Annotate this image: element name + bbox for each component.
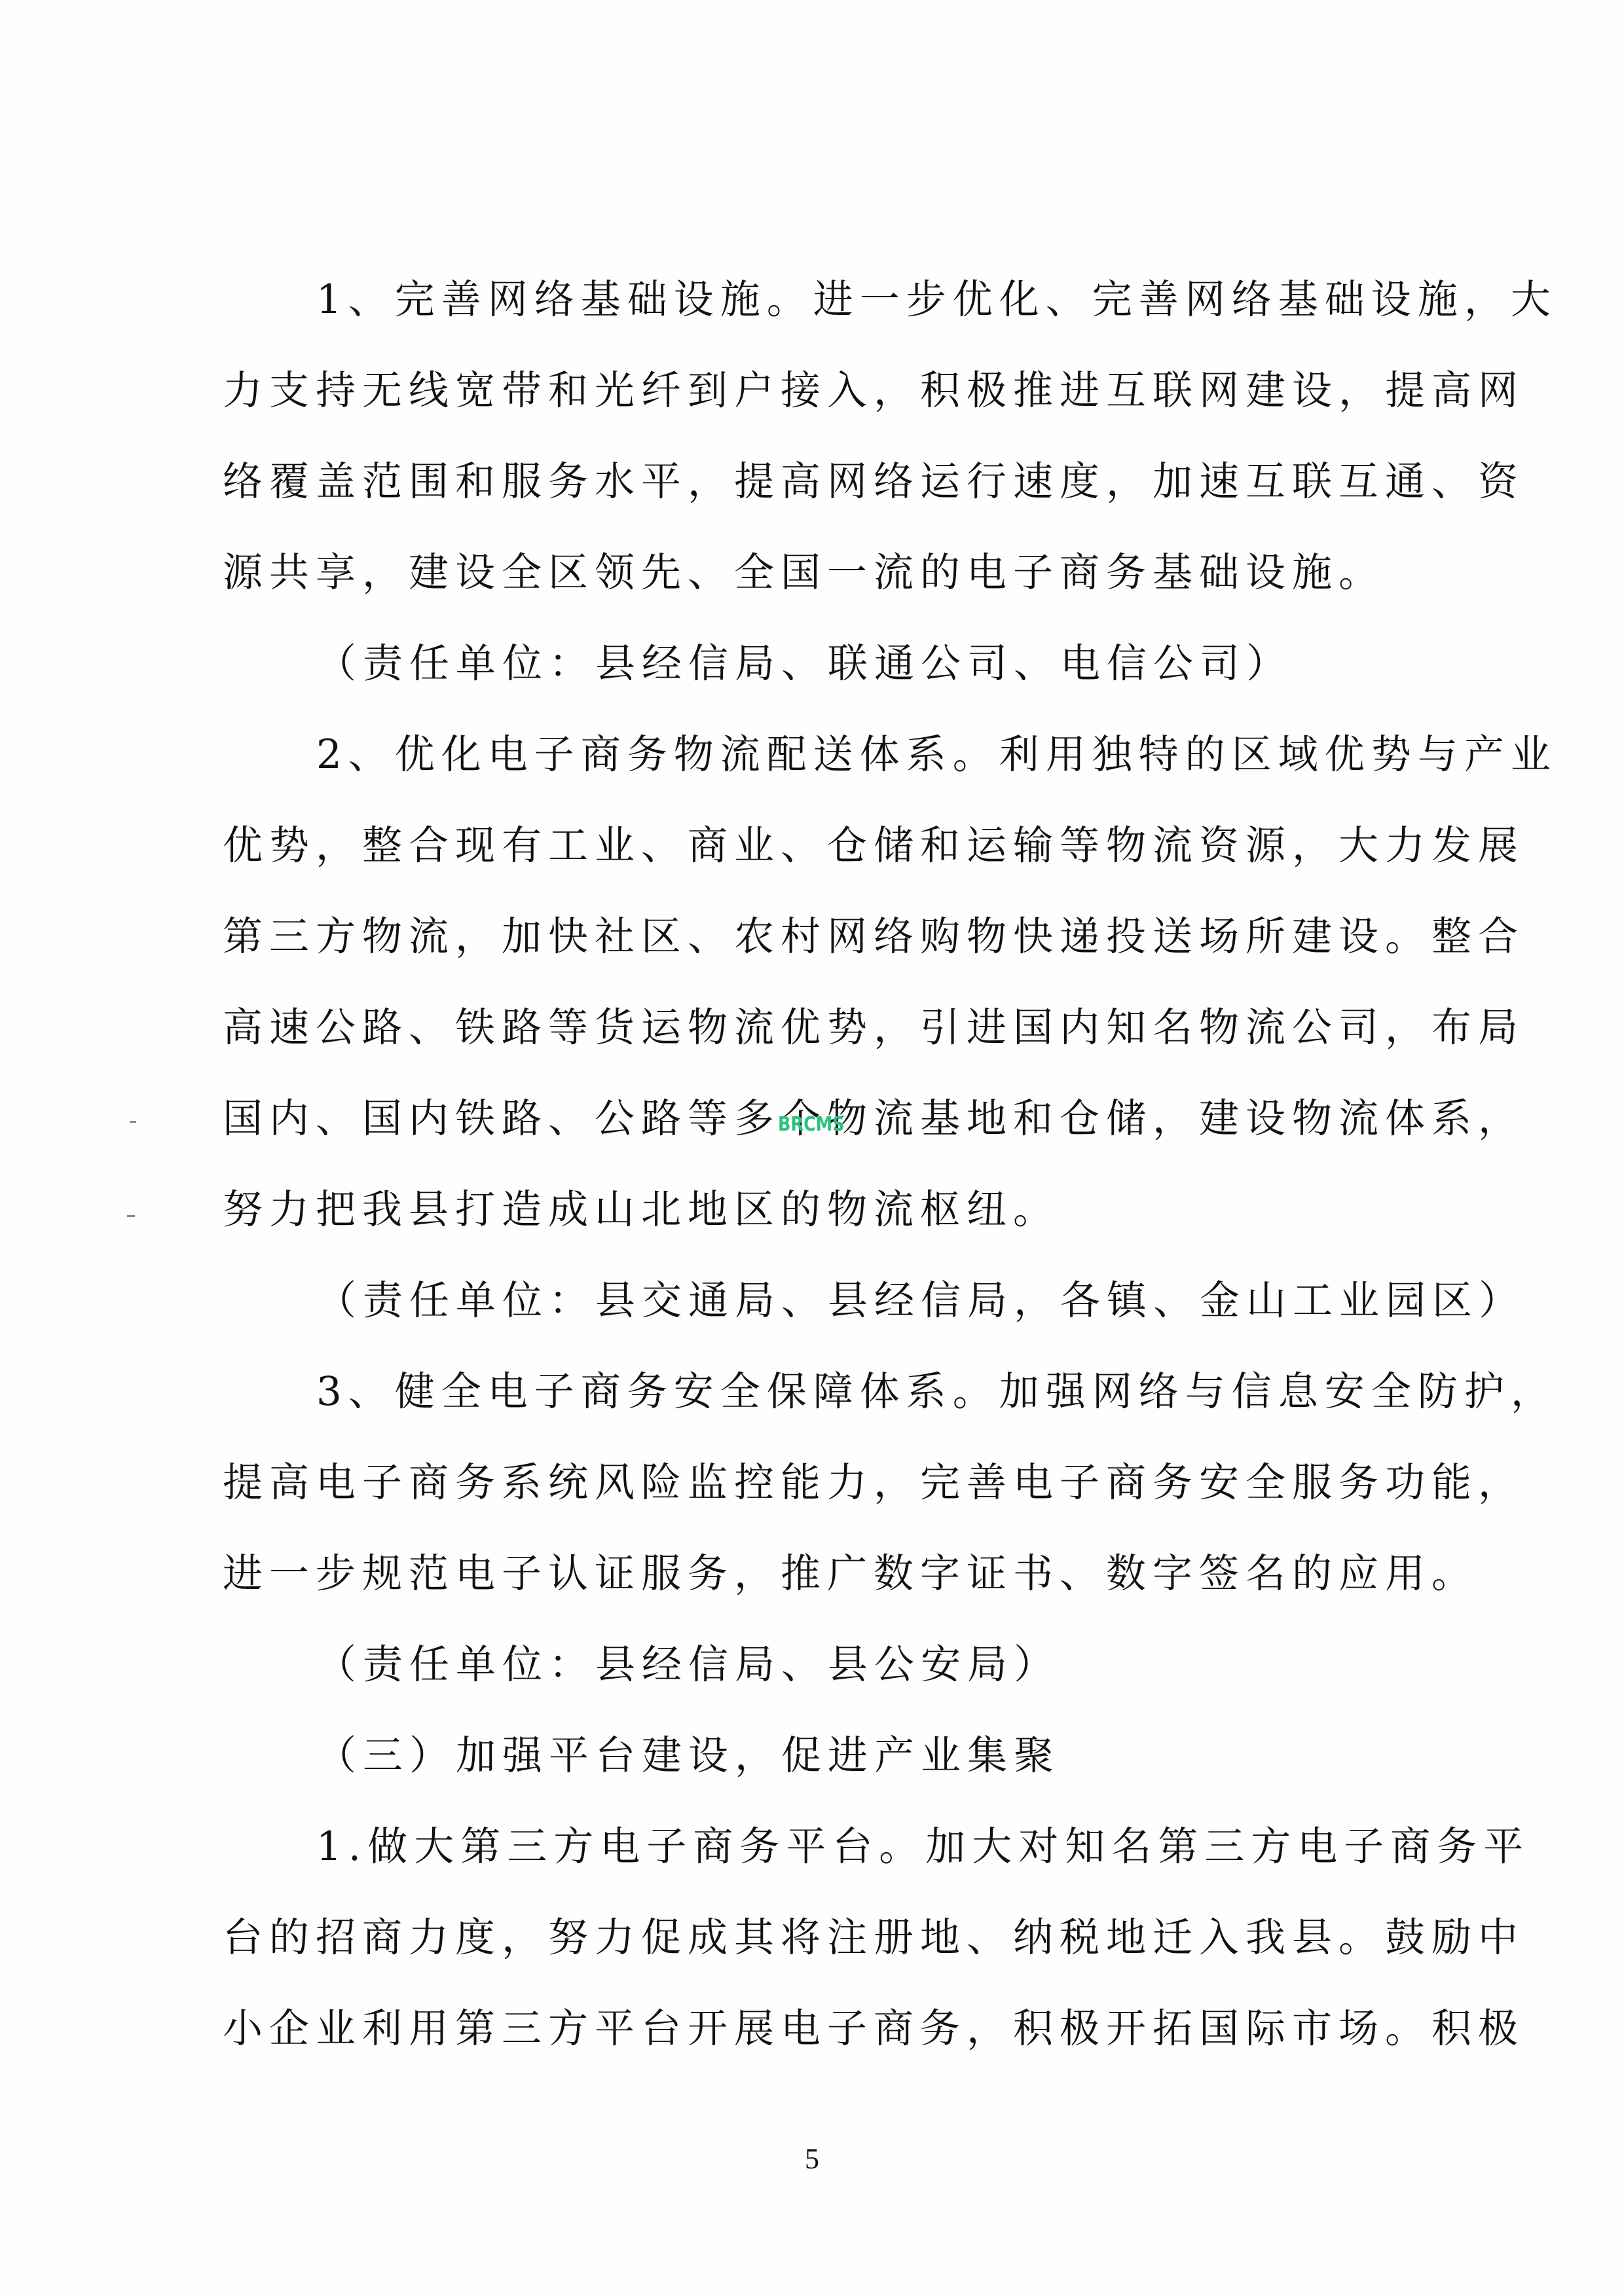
page-number: 5 [0,2142,1624,2176]
responsibility-note-1: （责任单位：县经信局、联通公司、电信公司） [223,618,1454,709]
paragraph-3-line-3: 进一步规范电子认证服务，推广数字证书、数字签名的应用。 [223,1528,1454,1619]
paragraph-2-line-1: 2、优化电子商务物流配送体系。利用独特的区域优势与产业 [223,709,1454,800]
document-page: 1、完善网络基础设施。进一步优化、完善网络基础设施，大 力支持无线宽带和光纤到户… [0,0,1624,2296]
section-heading: （三）加强平台建设，促进产业集聚 [223,1710,1454,1801]
paragraph-1-line-3: 络覆盖范围和服务水平，提高网络运行速度，加速互联互通、资 [223,436,1454,527]
paragraph-2-line-2: 优势，整合现有工业、商业、仓储和运输等物流资源，大力发展 [223,800,1454,891]
paragraph-2-line-3: 第三方物流，加快社区、农村网络购物快递投送场所建设。整合 [223,891,1454,982]
body-text: 1、完善网络基础设施。进一步优化、完善网络基础设施，大 力支持无线宽带和光纤到户… [223,254,1454,2074]
paragraph-4-line-1: 1.做大第三方电子商务平台。加大对知名第三方电子商务平 [223,1801,1454,1892]
responsibility-note-3: （责任单位：县经信局、县公安局） [223,1619,1454,1710]
paragraph-2-line-4: 高速公路、铁路等货运物流优势，引进国内知名物流公司，布局 [223,982,1454,1073]
responsibility-note-2: （责任单位：县交通局、县经信局，各镇、金山工业园区） [223,1255,1454,1346]
paragraph-4-line-2: 台的招商力度，努力促成其将注册地、纳税地迁入我县。鼓励中 [223,1892,1454,1983]
paragraph-1-line-1: 1、完善网络基础设施。进一步优化、完善网络基础设施，大 [223,254,1454,345]
paragraph-1-line-4: 源共享，建设全区领先、全国一流的电子商务基础设施。 [223,527,1454,618]
paragraph-1-line-2: 力支持无线宽带和光纤到户接入，积极推进互联网建设，提高网 [223,345,1454,436]
paragraph-2-line-6: 努力把我县打造成山北地区的物流枢纽。 [223,1164,1454,1255]
paragraph-4-line-3: 小企业利用第三方平台开展电子商务，积极开拓国际市场。积极 [223,1983,1454,2074]
scan-artifact-mark [127,1215,135,1217]
paragraph-3-line-2: 提高电子商务系统风险监控能力，完善电子商务安全服务功能， [223,1437,1454,1528]
watermark-label: BRCMS [778,1113,845,1136]
paragraph-3-line-1: 3、健全电子商务安全保障体系。加强网络与信息安全防护， [223,1346,1454,1437]
scan-artifact-mark [130,1121,136,1123]
